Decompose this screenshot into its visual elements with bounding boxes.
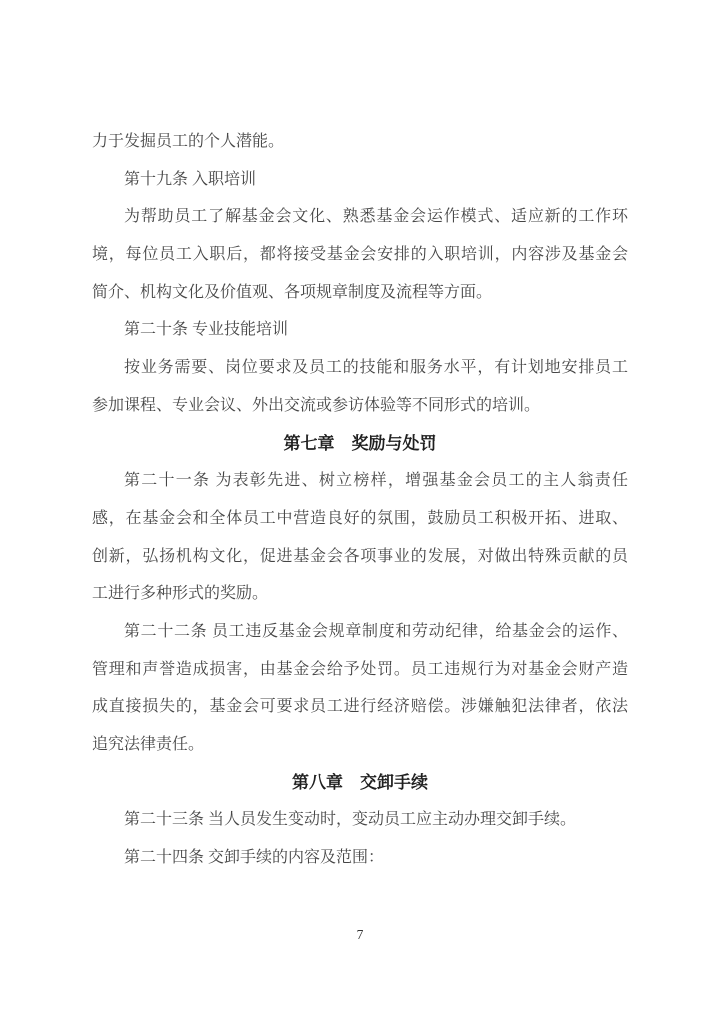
document-text-block: 力于发掘员工的个人潜能。 第十九条 入职培训 为帮助员工了解基金会文化、熟悉基金… — [92, 123, 628, 877]
chapter-7-heading: 第七章 奖励与处罚 — [92, 425, 628, 463]
body-text-line: 按业务需要、岗位要求及员工的技能和服务水平，有计划地安排员工 — [92, 349, 628, 387]
article-23-line: 第二十三条 当人员发生变动时，变动员工应主动办理交卸手续。 — [92, 801, 628, 839]
article-20-title: 第二十条 专业技能培训 — [92, 311, 628, 349]
body-text-line: 创新，弘扬机构文化，促进基金会各项事业的发展，对做出特殊贡献的员 — [92, 538, 628, 576]
article-21-line: 第二十一条 为表彰先进、树立榜样，增强基金会员工的主人翁责任 — [92, 462, 628, 500]
page-number: 7 — [0, 926, 720, 944]
document-page: 力于发掘员工的个人潜能。 第十九条 入职培训 为帮助员工了解基金会文化、熟悉基金… — [0, 0, 720, 1019]
body-text-line: 成直接损失的，基金会可要求员工进行经济赔偿。涉嫌触犯法律者，依法 — [92, 688, 628, 726]
chapter-8-heading: 第八章 交卸手续 — [92, 764, 628, 802]
body-text-line: 管理和声誉造成损害，由基金会给予处罚。员工违规行为对基金会财产造 — [92, 651, 628, 689]
body-text-line: 力于发掘员工的个人潜能。 — [92, 123, 628, 161]
article-19-title: 第十九条 入职培训 — [92, 161, 628, 199]
body-text-line: 简介、机构文化及价值观、各项规章制度及流程等方面。 — [92, 274, 628, 312]
body-text-line: 参加课程、专业会议、外出交流或参访体验等不同形式的培训。 — [92, 387, 628, 425]
body-text-line: 境，每位员工入职后，都将接受基金会安排的入职培训，内容涉及基金会 — [92, 236, 628, 274]
body-text-line: 感，在基金会和全体员工中营造良好的氛围，鼓励员工积极开拓、进取、 — [92, 500, 628, 538]
body-text-line: 追究法律责任。 — [92, 726, 628, 764]
body-text-line: 工进行多种形式的奖励。 — [92, 575, 628, 613]
article-24-line: 第二十四条 交卸手续的内容及范围： — [92, 839, 628, 877]
article-22-line: 第二十二条 员工违反基金会规章制度和劳动纪律，给基金会的运作、 — [92, 613, 628, 651]
body-text-line: 为帮助员工了解基金会文化、熟悉基金会运作模式、适应新的工作环 — [92, 198, 628, 236]
